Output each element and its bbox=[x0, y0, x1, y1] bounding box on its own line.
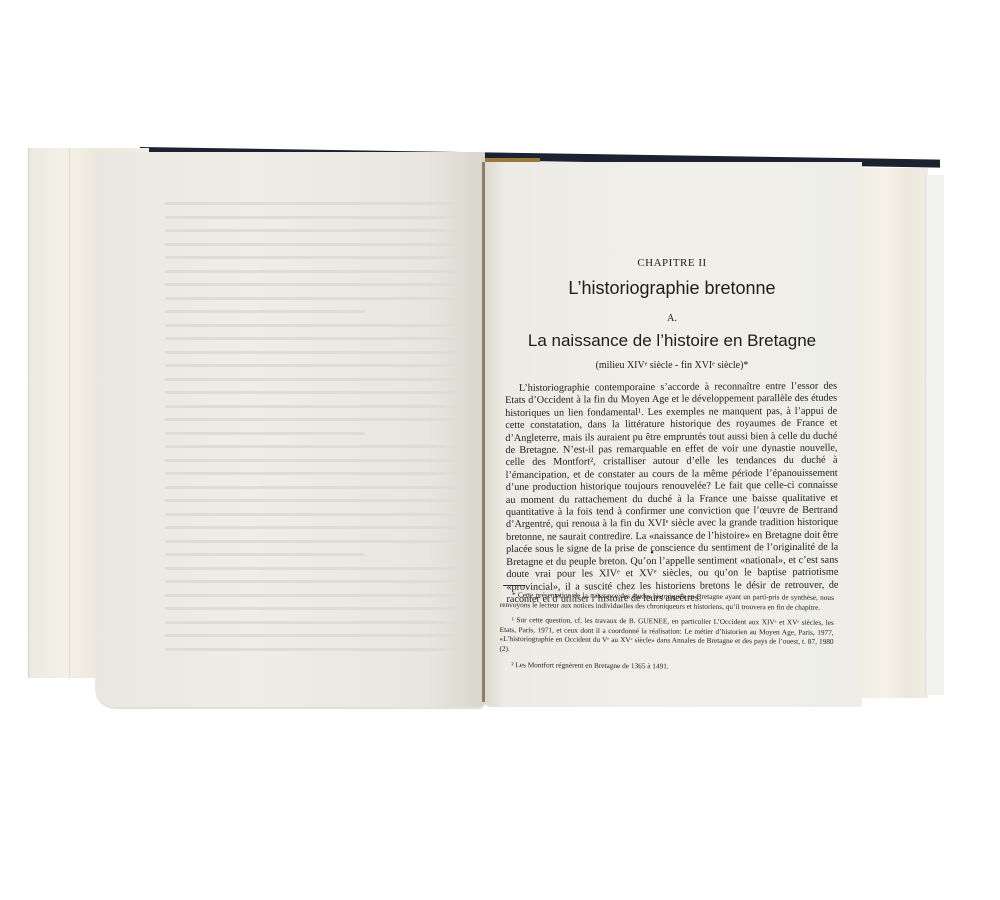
chapter-title: L’historiographie bretonne bbox=[482, 278, 862, 299]
show-through-line bbox=[165, 486, 465, 489]
show-through-line bbox=[165, 499, 465, 502]
show-through-line bbox=[165, 270, 465, 273]
section-separator: • bbox=[482, 548, 822, 559]
show-through-line bbox=[165, 634, 465, 637]
show-through-line bbox=[165, 256, 465, 259]
show-through-line bbox=[165, 378, 465, 381]
show-through-line bbox=[165, 459, 465, 462]
show-through-line bbox=[165, 229, 465, 232]
show-through-line bbox=[165, 553, 365, 556]
show-through-line bbox=[165, 648, 465, 651]
show-through-line bbox=[165, 283, 465, 286]
show-through-line bbox=[165, 297, 465, 300]
show-through-line bbox=[165, 337, 465, 340]
show-through-line bbox=[165, 472, 465, 475]
show-through-line bbox=[165, 432, 365, 435]
body-text: L’historiographie contemporaine s’accord… bbox=[505, 381, 839, 607]
show-through-line bbox=[165, 391, 465, 394]
show-through-line bbox=[165, 445, 465, 448]
open-book-photo: CHAPITRE II L’historiographie bretonne A… bbox=[0, 0, 1000, 900]
section-label: A. bbox=[482, 313, 862, 324]
show-through-line bbox=[165, 405, 465, 408]
show-through-line bbox=[165, 513, 465, 516]
show-through-line bbox=[165, 580, 465, 583]
show-through-line bbox=[165, 526, 465, 529]
show-through-line bbox=[165, 310, 365, 313]
show-through-line bbox=[165, 216, 465, 219]
show-through-line bbox=[165, 594, 465, 597]
show-through-line bbox=[165, 607, 465, 610]
show-through-line bbox=[165, 243, 465, 246]
section-subtitle: (milieu XIVᵉ siècle - fin XVIᵉ siècle)* bbox=[482, 360, 862, 371]
footnote: ¹ Sur cette question, cf. les travaux de… bbox=[499, 615, 833, 656]
left-page bbox=[95, 152, 485, 707]
show-through-line bbox=[165, 418, 465, 421]
show-through-line bbox=[165, 351, 465, 354]
show-through-line bbox=[165, 621, 465, 624]
footnote: ² Les Montfort régnèrent en Bretagne de … bbox=[499, 660, 833, 673]
body-paragraph: L’historiographie contemporaine s’accord… bbox=[505, 381, 839, 607]
book-gutter bbox=[482, 162, 485, 702]
show-through-line bbox=[165, 567, 465, 570]
footnote-rule bbox=[503, 585, 525, 586]
back-cover-edge bbox=[925, 175, 944, 695]
chapter-label: CHAPITRE II bbox=[482, 257, 862, 269]
footnote: * Cette présentation de la naissance des… bbox=[500, 590, 834, 612]
show-through-line bbox=[165, 540, 465, 543]
section-title: La naissance de l’histoire en Bretagne bbox=[482, 331, 862, 351]
right-page-stack bbox=[858, 168, 928, 698]
show-through-line bbox=[165, 324, 465, 327]
footnotes: * Cette présentation de la naissance des… bbox=[499, 590, 834, 678]
show-through-line bbox=[165, 364, 465, 367]
show-through-line bbox=[165, 202, 465, 205]
